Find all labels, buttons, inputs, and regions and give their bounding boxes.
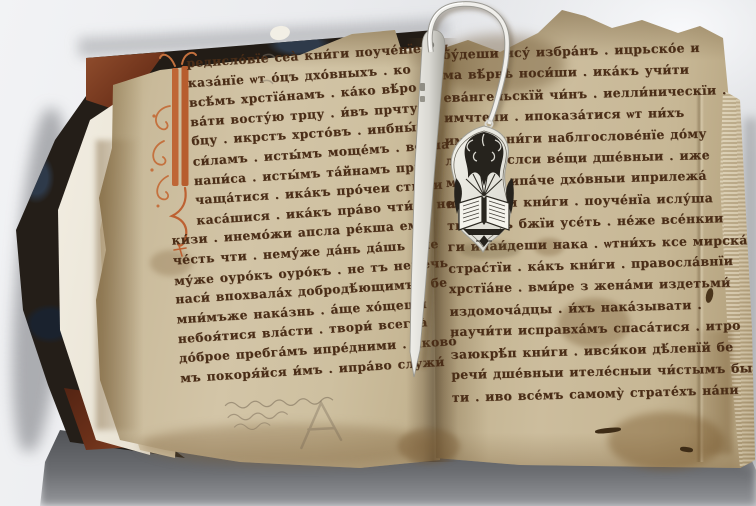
- silver-bookmark: [393, 0, 533, 400]
- hallmark-stamp: [420, 96, 425, 102]
- pendant-shadow: [460, 241, 520, 259]
- open-book-engraving: [459, 196, 509, 235]
- photo-scene: П редисло́вїе сеа̀ кни́ги поуче́нїе ныка…: [0, 0, 756, 506]
- pencil-scribble: [255, 48, 285, 98]
- bookmark-pendant: [451, 121, 514, 253]
- left-page-edge-stain: [96, 140, 140, 430]
- hallmark-stamp: [420, 83, 425, 91]
